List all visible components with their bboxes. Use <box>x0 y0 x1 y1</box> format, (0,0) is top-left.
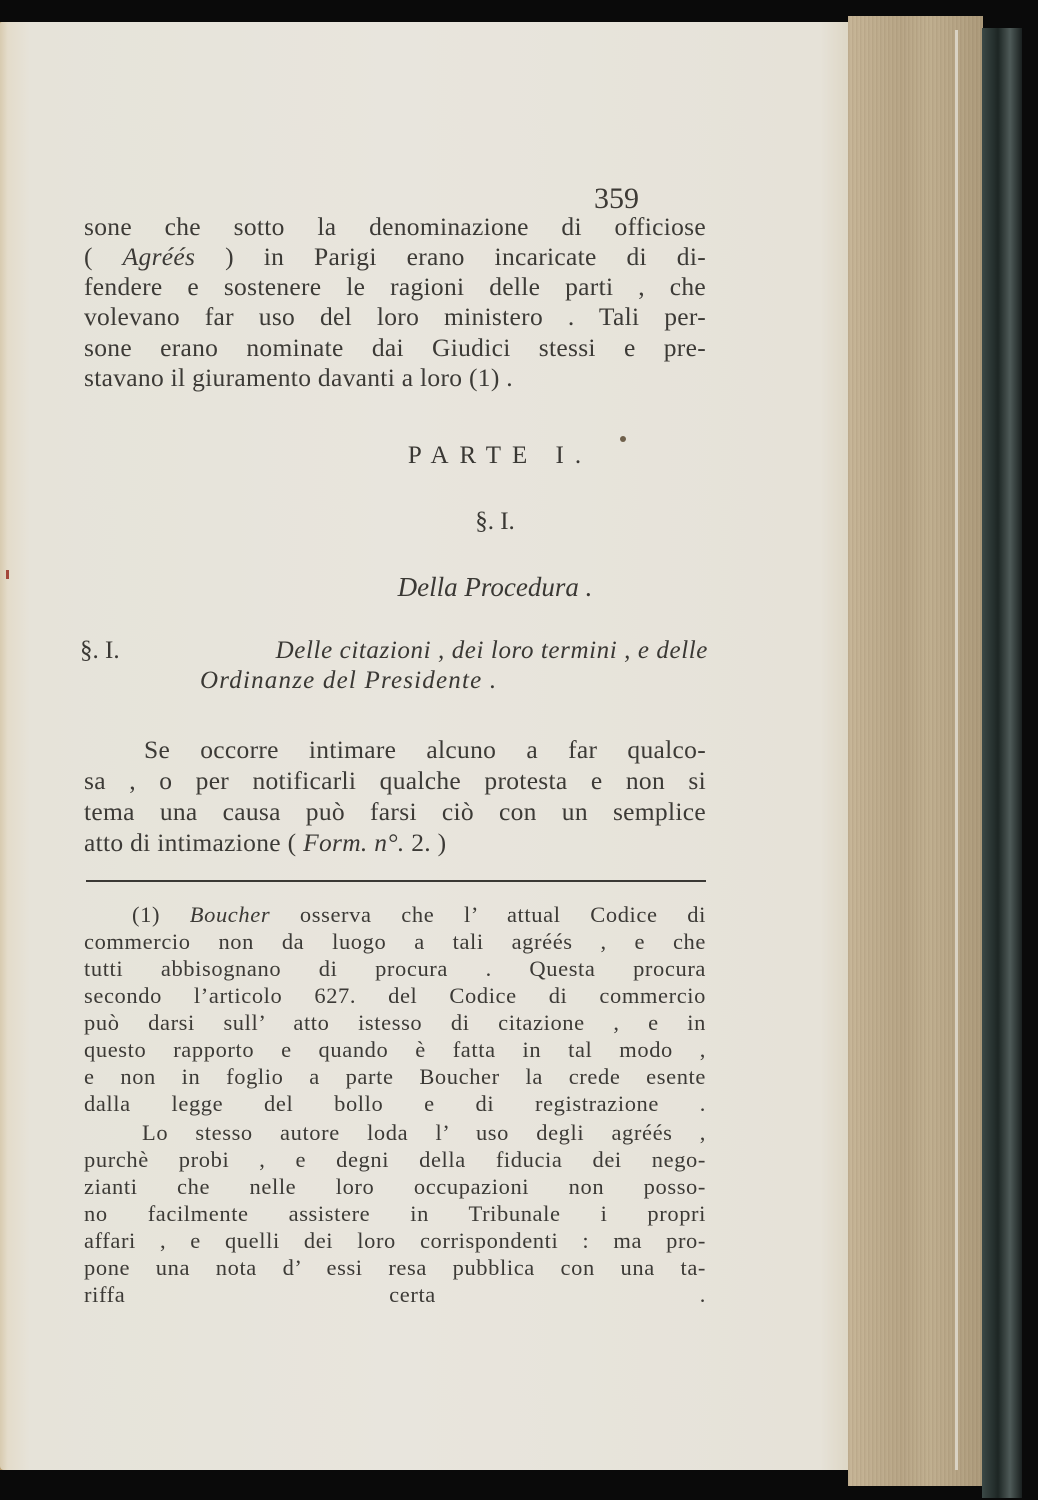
section-mark: §. I. <box>0 508 850 536</box>
footnote-line: dalla legge del bollo e di registrazione… <box>84 1091 706 1117</box>
footnote-line: tutti abbisognano di procura . Questa pr… <box>84 956 706 982</box>
body-line: sone erano nominate dai Giudici stessi e… <box>84 333 706 363</box>
subsection-title-line-2: Ordinanze del Presidente . <box>200 667 497 695</box>
footnote-line-first: (1) Boucher osserva che l’ attual Codice… <box>84 902 706 928</box>
body-line-agrees: ( Agréés ) in Parigi erano incaricate di… <box>84 242 706 272</box>
footnote-line: questo rapporto e quando è fatta in tal … <box>84 1037 706 1063</box>
footnote-line: può darsi sull’ atto istesso di citazion… <box>84 1010 706 1036</box>
page-block-divider <box>955 30 958 1470</box>
marbled-cover <box>982 28 1022 1498</box>
paragraph-line: Se occorre intimare alcuno a far qualco- <box>84 735 706 765</box>
footnote-line: commercio non da luogo a tali agréés , e… <box>84 929 706 955</box>
subsection-number: §. I. <box>80 637 120 665</box>
footnote-author: Boucher <box>190 902 270 927</box>
footnote-line: riffa certa . <box>84 1282 706 1308</box>
part-heading: PARTE I. <box>0 442 850 470</box>
footnote-line: no facilmente assistere in Tribunale i p… <box>84 1201 706 1227</box>
footnote-line: e non in foglio a parte Boucher la crede… <box>84 1064 706 1090</box>
page-number: 359 <box>594 182 639 216</box>
footnote-marker: (1) <box>132 902 160 927</box>
paragraph-line: tema una causa può farsi ciò con un semp… <box>84 797 706 827</box>
paragraph-line-form-ref: atto di intimazione ( Form. n°. 2. ) <box>84 828 564 858</box>
subsection-title-line-1: Delle citazioni , dei loro termini , e d… <box>276 637 708 665</box>
body-line: sone che sotto la denominazione di offic… <box>84 212 706 242</box>
footnote-line: zianti che nelle loro occupazioni non po… <box>84 1174 706 1200</box>
body-line: fendere e sostenere le ragioni delle par… <box>84 272 706 302</box>
italic-term: Agréés <box>123 242 196 271</box>
body-line: stavano il giuramento davanti a loro (1)… <box>84 363 604 393</box>
form-ref-italic: Form. n°. <box>303 828 404 857</box>
subsection-heading: §. I. Delle citazioni , dei loro termini… <box>80 637 708 665</box>
footnote-line: affari , e quelli dei loro corrispondent… <box>84 1228 706 1254</box>
footnote-line: Lo stesso autore loda l’ uso degli agréé… <box>84 1120 706 1146</box>
footnote-rule <box>86 880 706 882</box>
book-fore-edge <box>848 16 983 1486</box>
paragraph-line: sa , o per notificarli qualche protesta … <box>84 766 706 796</box>
footnote-line: pone una nota d’ essi resa pubblica con … <box>84 1255 706 1281</box>
footnote-line: secondo l’articolo 627. del Codice di co… <box>84 983 706 1009</box>
body-line: volevano far uso del loro ministero . Ta… <box>84 302 706 332</box>
section-title: Della Procedura . <box>0 572 850 603</box>
footnote-line: purchè probi , e degni della fiducia dei… <box>84 1147 706 1173</box>
